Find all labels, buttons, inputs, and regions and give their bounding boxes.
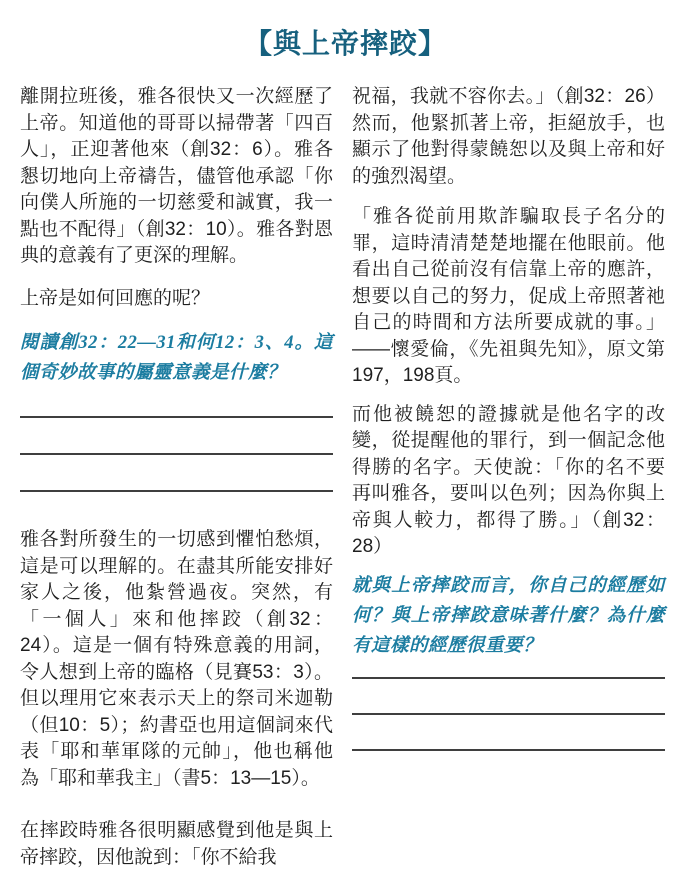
- study-prompt: 閱讀創32：22—31和何12：3、4。這個奇妙故事的屬靈意義是什麼？: [20, 328, 333, 388]
- answer-line: [352, 713, 665, 715]
- body-paragraph: 祝福，我就不容你去。」（創32：26）然而，他緊抓著上帝，拒絕放手，也顯示了他對…: [352, 84, 665, 190]
- answer-lines-block: [352, 677, 665, 751]
- answer-line: [352, 749, 665, 751]
- answer-lines-block: [20, 416, 333, 492]
- left-column: 離開拉班後，雅各很快又一次經歷了上帝。知道他的哥哥以掃帶著「四百人」，正迎著他來…: [20, 84, 333, 885]
- answer-line: [352, 677, 665, 679]
- body-paragraph: 而他被饒恕的證據就是他名字的改變，從提醒他的罪行，到一個記念他得勝的名字。天使說…: [352, 402, 665, 561]
- question-heading: 上帝是如何回應的呢？: [20, 286, 333, 313]
- body-paragraph: 在摔跤時雅各很明顯感覺到他是與上帝摔跤，因他說到：「你不給我: [20, 818, 333, 871]
- answer-line: [20, 416, 333, 418]
- answer-line: [20, 453, 333, 455]
- answer-line: [20, 490, 333, 492]
- right-column: 祝福，我就不容你去。」（創32：26）然而，他緊抓著上帝，拒絕放手，也顯示了他對…: [352, 84, 665, 785]
- body-paragraph: 離開拉班後，雅各很快又一次經歷了上帝。知道他的哥哥以掃帶著「四百人」，正迎著他來…: [20, 84, 333, 270]
- quote-paragraph: 「雅各從前用欺詐騙取長子名分的罪，這時清清楚楚地擺在他眼前。他看出自己從前沒有信…: [352, 204, 665, 390]
- body-paragraph: 雅各對所發生的一切感到懼怕愁煩，這是可以理解的。在盡其所能安排好家人之後，他紮營…: [20, 527, 333, 792]
- study-guide-page: 【與上帝摔跤】 離開拉班後，雅各很快又一次經歷了上帝。知道他的哥哥以掃帶著「四百…: [0, 0, 691, 888]
- page-title: 【與上帝摔跤】: [0, 22, 691, 62]
- study-prompt: 就與上帝摔跤而言，你自己的經歷如何？與上帝摔跤意味著什麼？為什麼有這樣的經歷很重…: [352, 571, 665, 661]
